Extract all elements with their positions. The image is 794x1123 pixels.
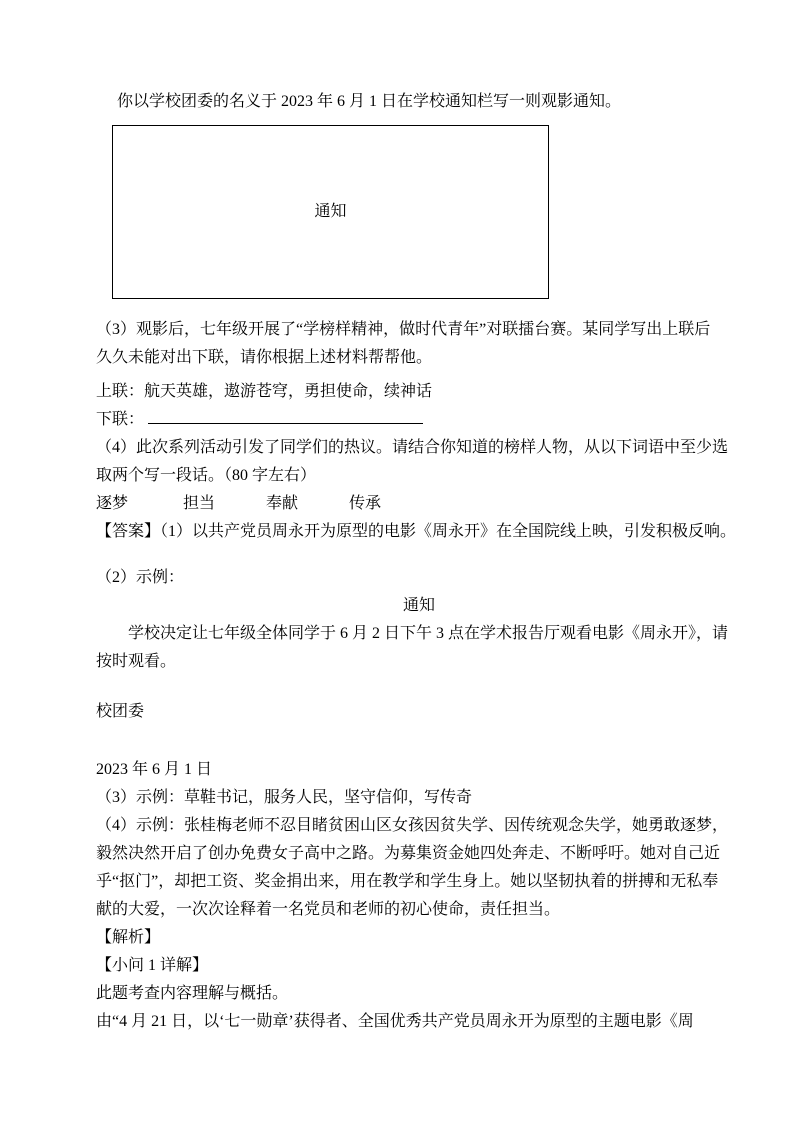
word-choice-4: 传承 [349,490,381,518]
answer-2-body-line-2: 按时观看。 [96,648,704,676]
answer-4-block: （4）示例：张桂梅老师不忍目睹贫困山区女孩因贫失学、因传统观念失学，她勇敢逐梦，… [96,812,704,924]
word-choice-2: 担当 [183,490,215,518]
q4-text-line-1: （4）此次系列活动引发了同学们的热议。请结合你知道的榜样人物，从以下词语中至少选 [96,434,704,462]
question-4-block: （4）此次系列活动引发了同学们的热议。请结合你知道的榜样人物，从以下词语中至少选… [96,434,704,518]
answer-4-line-4: 献的大爱，一次次诠释着一名党员和老师的初心使命，责任担当。 [96,896,704,924]
answer-2-notice-title: 通知 [115,592,723,620]
answer-2-body-line-1: 学校决定让七年级全体同学于 6 月 2 日下午 3 点在学术报告厅观看电影《周永… [96,620,704,648]
shanglian-line: 上联：航天英雄，遨游苍穹，勇担使命，续神话 [96,378,704,406]
answer-2-label: （2）示例： [96,564,704,592]
couplet-block: 上联：航天英雄，遨游苍穹，勇担使命，续神话 下联： [96,378,704,434]
q3-text-line-2: 久久未能对出下联，请你根据上述材料帮帮他。 [96,344,704,372]
analysis-block: 【解析】 【小问 1 详解】 此题考查内容理解与概括。 由“4 月 21 日，以… [96,924,704,1036]
q3-text-line-1: （3）观影后，七年级开展了“学榜样精神，做时代青年”对联擂台赛。某同学写出上联后 [96,316,704,344]
intro-line: 你以学校团委的名义于 2023 年 6 月 1 日在学校通知栏写一则观影通知。 [96,88,704,116]
word-choice-1: 逐梦 [96,490,128,518]
answer-1-line: 【答案】（1）以共产党员周永开为原型的电影《周永开》在全国院线上映，引发积极反响… [96,518,704,546]
answer-4-line-3: 乎“抠门”，却把工资、奖金捐出来，用在教学和学生身上。她以坚韧执着的拼搏和无私奉 [96,868,704,896]
analysis-subquestion-1-header: 【小问 1 详解】 [96,952,704,980]
xialian-label: 下联： [96,411,144,428]
answer-3-line: （3）示例：草鞋书记，服务人民，坚守信仰，写传奇 [96,784,704,812]
answer-blank-underline [148,406,423,424]
answer-2-date: 2023 年 6 月 1 日 [96,756,704,784]
answer-2-block: （2）示例： 通知 学校决定让七年级全体同学于 6 月 2 日下午 3 点在学术… [96,564,704,784]
analysis-header: 【解析】 [96,924,704,952]
notice-box-title: 通知 [314,198,346,226]
question-3-block: （3）观影后，七年级开展了“学榜样精神，做时代青年”对联擂台赛。某同学写出上联后… [96,316,704,372]
analysis-line-1: 此题考查内容理解与概括。 [96,980,704,1008]
answer-2-signature: 校团委 [96,698,704,726]
xialian-line: 下联： [96,406,704,434]
analysis-line-2: 由“4 月 21 日，以‘七一勋章’获得者、全国优秀共产党员周永开为原型的主题电… [96,1008,704,1036]
answer-4-line-2: 毅然决然开启了创办免费女子高中之路。为募集资金她四处奔走、不断呼吁。她对自己近 [96,840,704,868]
word-choice-3: 奉献 [266,490,298,518]
word-choices-row: 逐梦 担当 奉献 传承 [96,490,704,518]
document-page: 你以学校团委的名义于 2023 年 6 月 1 日在学校通知栏写一则观影通知。 … [0,0,794,1123]
notice-box: 通知 [112,125,549,299]
q4-text-line-2: 取两个写一段话。（80 字左右） [96,462,704,490]
answer-4-line-1: （4）示例：张桂梅老师不忍目睹贫困山区女孩因贫失学、因传统观念失学，她勇敢逐梦， [96,812,704,840]
